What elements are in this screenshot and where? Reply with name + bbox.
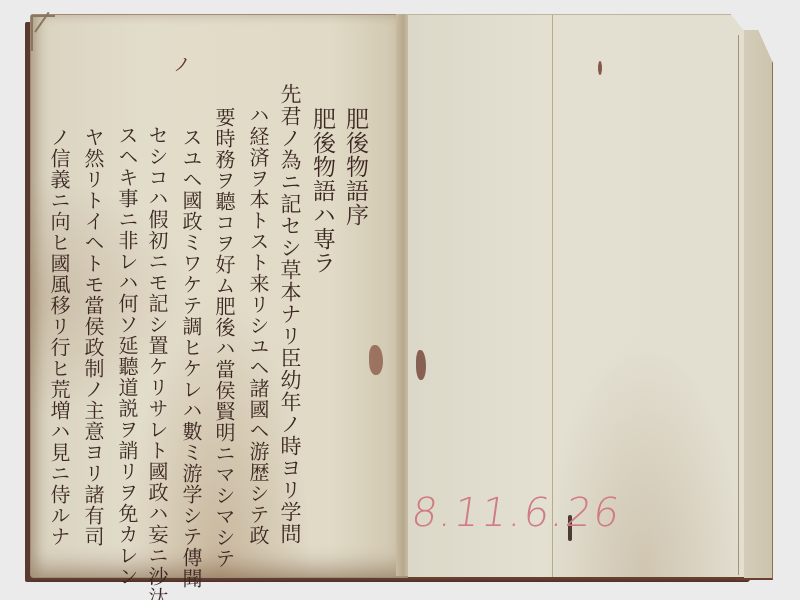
manuscript-photo: ノ 肥後物語序 肥後物語ハ専ラ 先君ノ為ニ記セシ草本ナリ臣幼年ノ時ヨリ学問 ハ経… bbox=[0, 0, 800, 600]
text-column-8: スヘキ事ニ非レハ何ソ延聽道説ヲ誚リヲ免カレン bbox=[117, 125, 137, 587]
left-page: ノ 肥後物語序 肥後物語ハ専ラ 先君ノ為ニ記セシ草本ナリ臣幼年ノ時ヨリ学問 ハ経… bbox=[30, 14, 408, 578]
text-column-5: 要時務ヲ聽コヲ好ム肥後ハ當侯賢明ニマシマシテ bbox=[214, 107, 234, 569]
corner-reinforcement bbox=[31, 15, 55, 51]
ink-stain bbox=[416, 350, 426, 380]
text-column-7: セシコハ假初ニモ記シ置ケリサレト國政ハ妄ニ沙汰 bbox=[147, 125, 167, 600]
page-edge-line bbox=[738, 35, 739, 575]
ink-stain bbox=[369, 345, 383, 375]
text-column-1-title: 肥後物語序 bbox=[343, 107, 366, 227]
text-column-3: 先君ノ為ニ記セシ草本ナリ臣幼年ノ時ヨリ学問 bbox=[279, 83, 300, 545]
text-column-9: ヤ然リトイヘトモ當侯政制ノ主意ヨリ諸有司 bbox=[83, 127, 103, 547]
page-marker: ノ bbox=[173, 51, 191, 77]
handwritten-date-annotation: 8.11.6.26 bbox=[409, 490, 624, 536]
text-column-6: スユヘ國政ミワケテ調ヒケレハ數ミ游学シテ傳聞 bbox=[181, 127, 201, 589]
ink-speck bbox=[598, 61, 602, 75]
text-column-10: ノ信義ニ向ヒ國風移リ行ヒ荒増ハ見ニ侍ルナ bbox=[49, 127, 69, 547]
text-column-4: ハ経済ヲ本トスト来リシユヘ諸國ヘ游歴シテ政 bbox=[248, 105, 268, 546]
text-column-2: 肥後物語ハ専ラ bbox=[310, 107, 333, 275]
